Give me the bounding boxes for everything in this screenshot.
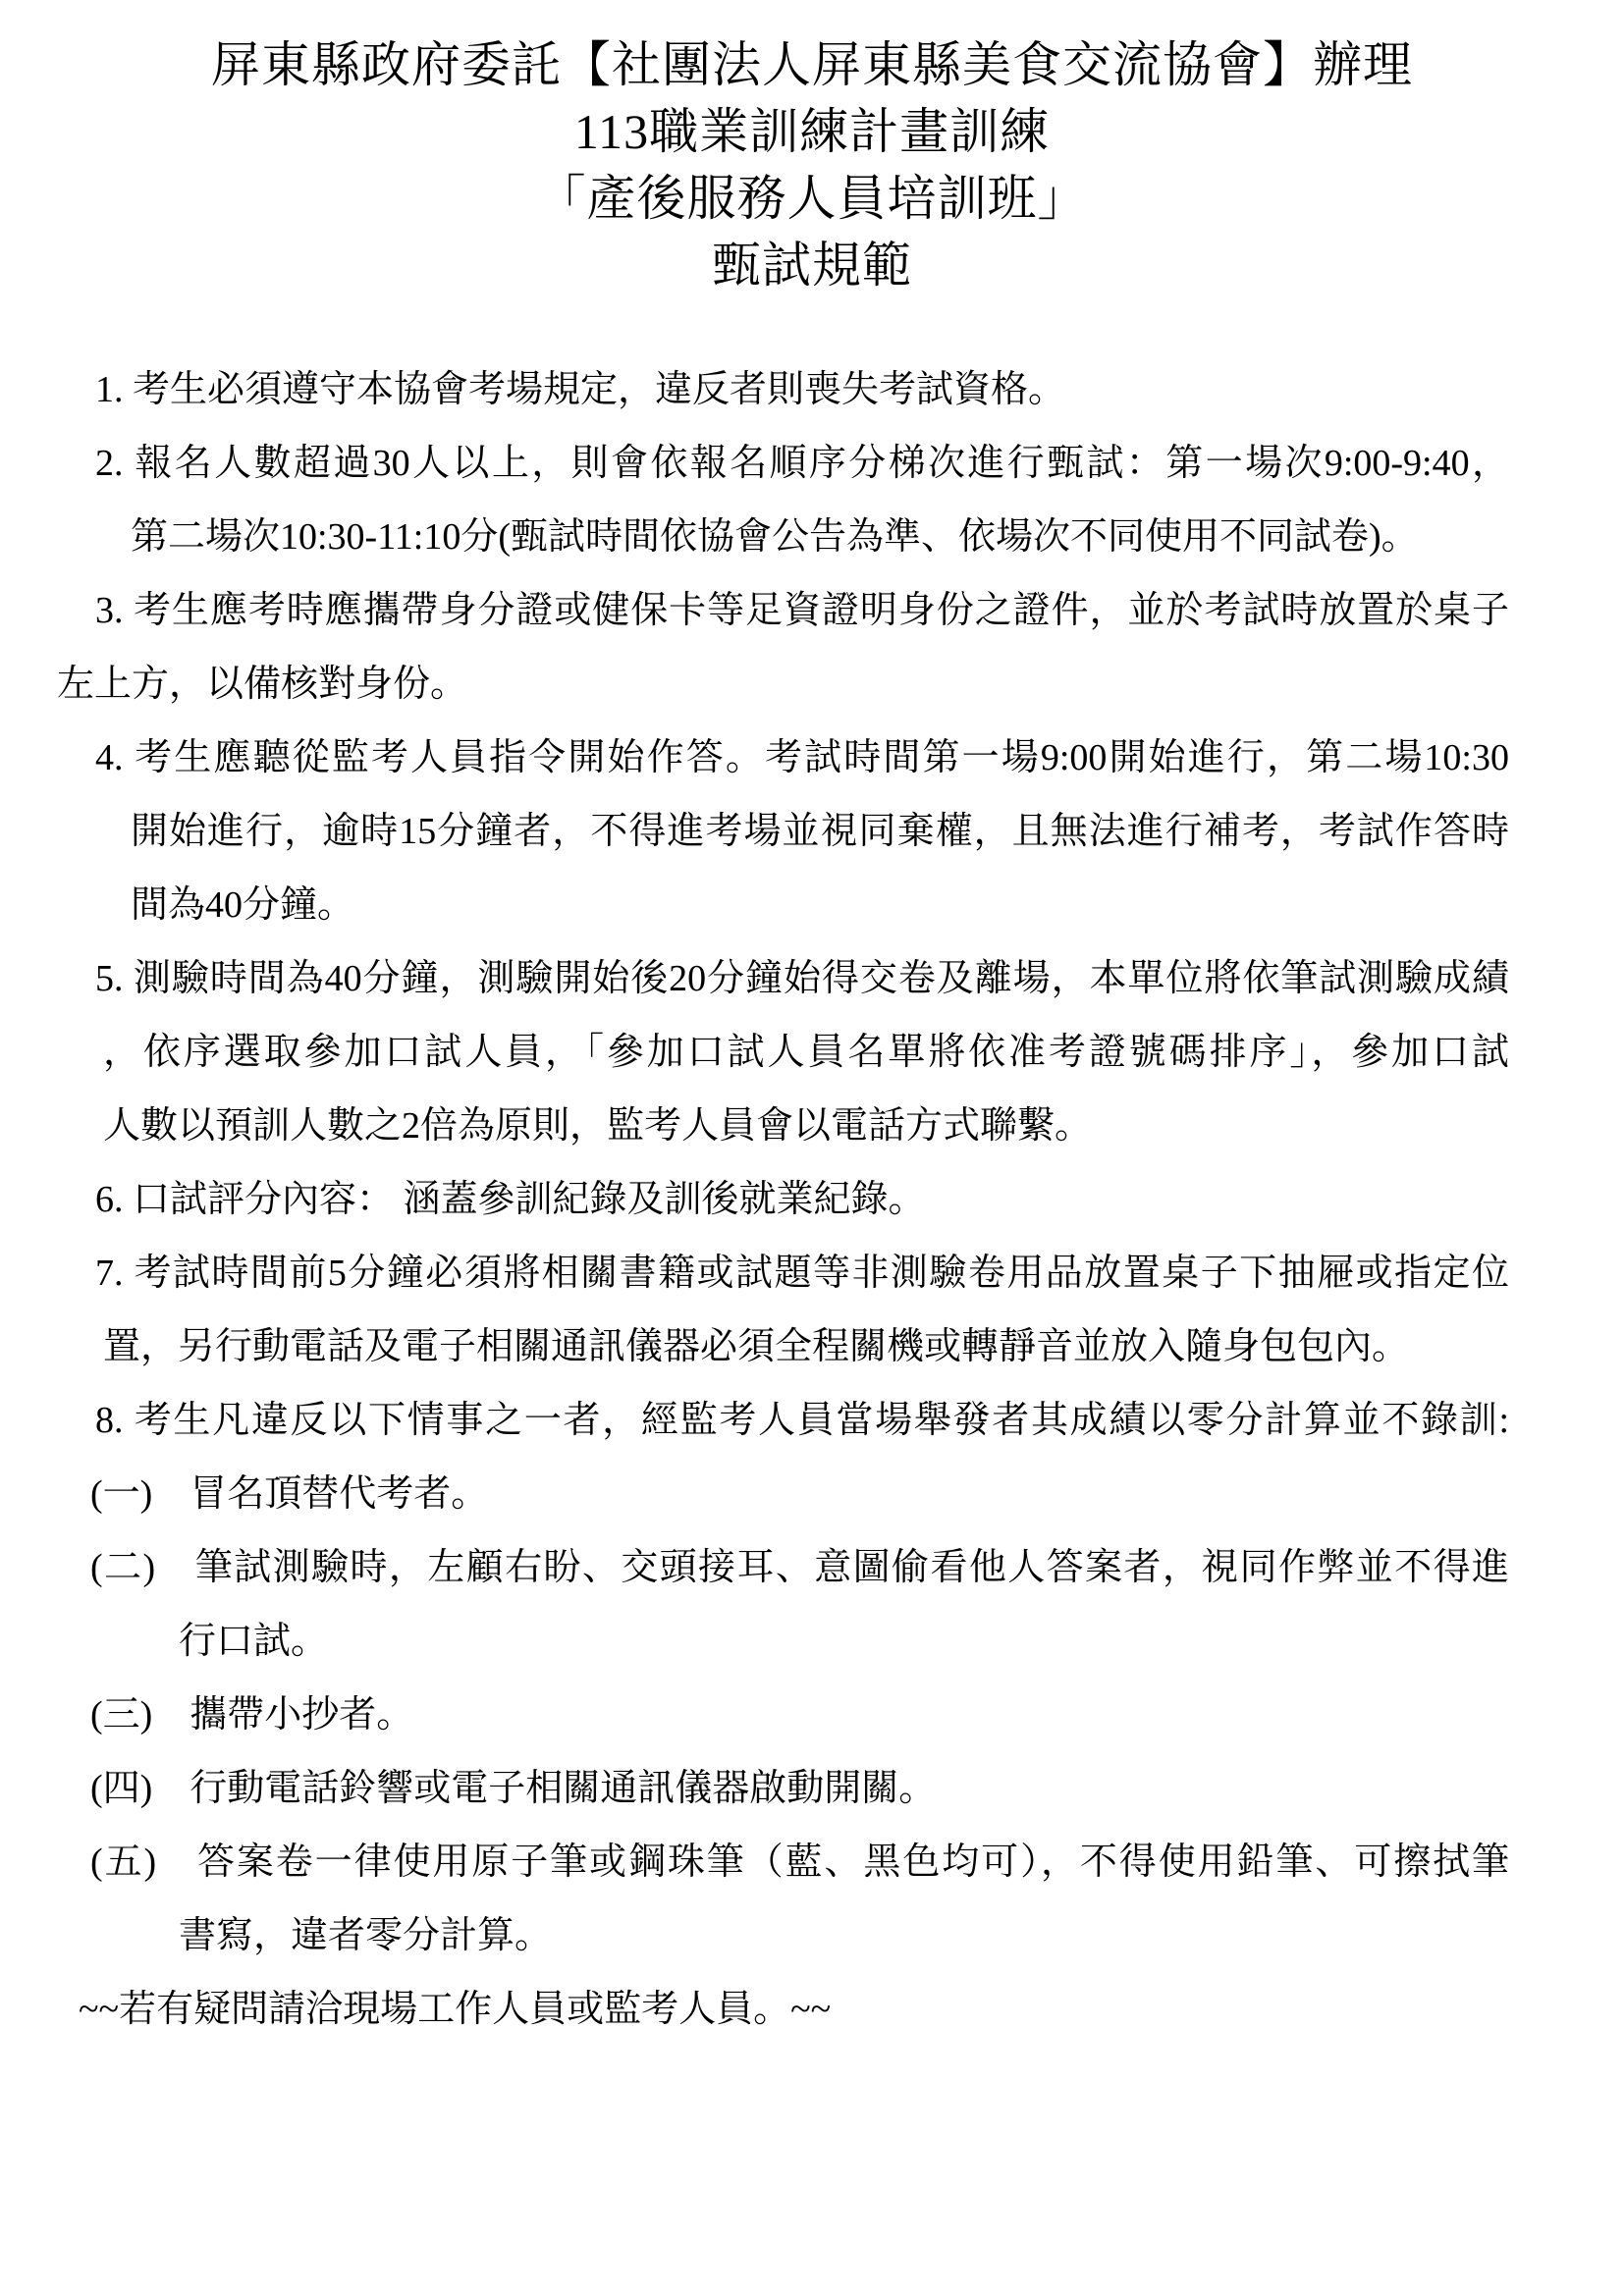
list-item-continuation-line: 第二場次10:30-11:10分(甄試時間依協會公告為準、依場次不同使用不同試卷… [0,501,1624,574]
list-item-continuation-line: ，依序選取參加口試人員，「參加口試人員名單將依准考證號碼排序」，參加口試 [0,1016,1624,1090]
list-item-continuation-line: 開始進行，逾時15分鐘者，不得進考場並視同棄權，且無法進行補考，考試作答時 [0,795,1624,869]
sub-item-line: (二) 筆試測驗時，左顧右盼、交頭接耳、意圖偷看他人答案者，視同作弊並不得進 [0,1531,1624,1605]
document-title: 屏東縣政府委託【社團法人屏東縣美食交流協會】辦理113職業訓練計畫訓練「產後服務… [0,31,1624,298]
title-line: 甄試規範 [0,232,1624,298]
list-item-line: 4. 考生應聽從監考人員指令開始作答。考試時間第一場9:00開始進行，第二場10… [0,721,1624,795]
title-line: 屏東縣政府委託【社團法人屏東縣美食交流協會】辦理 [0,31,1624,98]
list-item-continuation-line: 間為40分鐘。 [0,869,1624,942]
sub-item-line: (四) 行動電話鈴響或電子相關通訊儀器啟動開關。 [0,1752,1624,1826]
list-item-line: 1. 考生必須遵守本協會考場規定，違反者則喪失考試資格。 [0,353,1624,427]
list-item-line: 8. 考生凡違反以下情事之一者，經監考人員當場舉發者其成績以零分計算並不錄訓: [0,1384,1624,1458]
list-item-line: 3. 考生應考時應攜帶身分證或健保卡等足資證明身份之證件，並於考試時放置於桌子 [0,574,1624,648]
sub-item-line: (五) 答案卷一律使用原子筆或鋼珠筆（藍、黑色均可），不得使用鉛筆、可擦拭筆 [0,1826,1624,1899]
list-item-continuation-line: 人數以預訓人數之2倍為原則，監考人員會以電話方式聯繫。 [0,1090,1624,1163]
list-item-line: 6. 口試評分內容： 涵蓋參訓紀錄及訓後就業紀錄。 [0,1163,1624,1237]
title-line: 「產後服務人員培訓班」 [0,165,1624,232]
list-item-line: 5. 測驗時間為40分鐘，測驗開始後20分鐘始得交卷及離場，本單位將依筆試測驗成… [0,942,1624,1016]
sub-item-continuation-line: 書寫，違者零分計算。 [0,1899,1624,1973]
list-item-continuation-line: 左上方，以備核對身份。 [0,648,1624,721]
list-item-line: 7. 考試時間前5分鐘必須將相關書籍或試題等非測驗卷用品放置桌子下抽屜或指定位 [0,1237,1624,1310]
list-item-line: 2. 報名人數超過30人以上，則會依報名順序分梯次進行甄試：第一場次9:00-9… [0,427,1624,501]
sub-item-line: (三) 攜帶小抄者。 [0,1679,1624,1752]
sub-item-line: (一) 冒名頂替代考者。 [0,1458,1624,1531]
document-body: 1. 考生必須遵守本協會考場規定，違反者則喪失考試資格。2. 報名人數超過30人… [0,353,1624,2047]
list-item-continuation-line: 置，另行動電話及電子相關通訊儀器必須全程關機或轉靜音並放入隨身包包內。 [0,1310,1624,1384]
title-line: 113職業訓練計畫訓練 [0,98,1624,165]
footer-note: ~~若有疑問請洽現場工作人員或監考人員。~~ [0,1973,1624,2047]
sub-item-continuation-line: 行口試。 [0,1605,1624,1679]
document-page: 屏東縣政府委託【社團法人屏東縣美食交流協會】辦理113職業訓練計畫訓練「產後服務… [0,0,1624,2296]
